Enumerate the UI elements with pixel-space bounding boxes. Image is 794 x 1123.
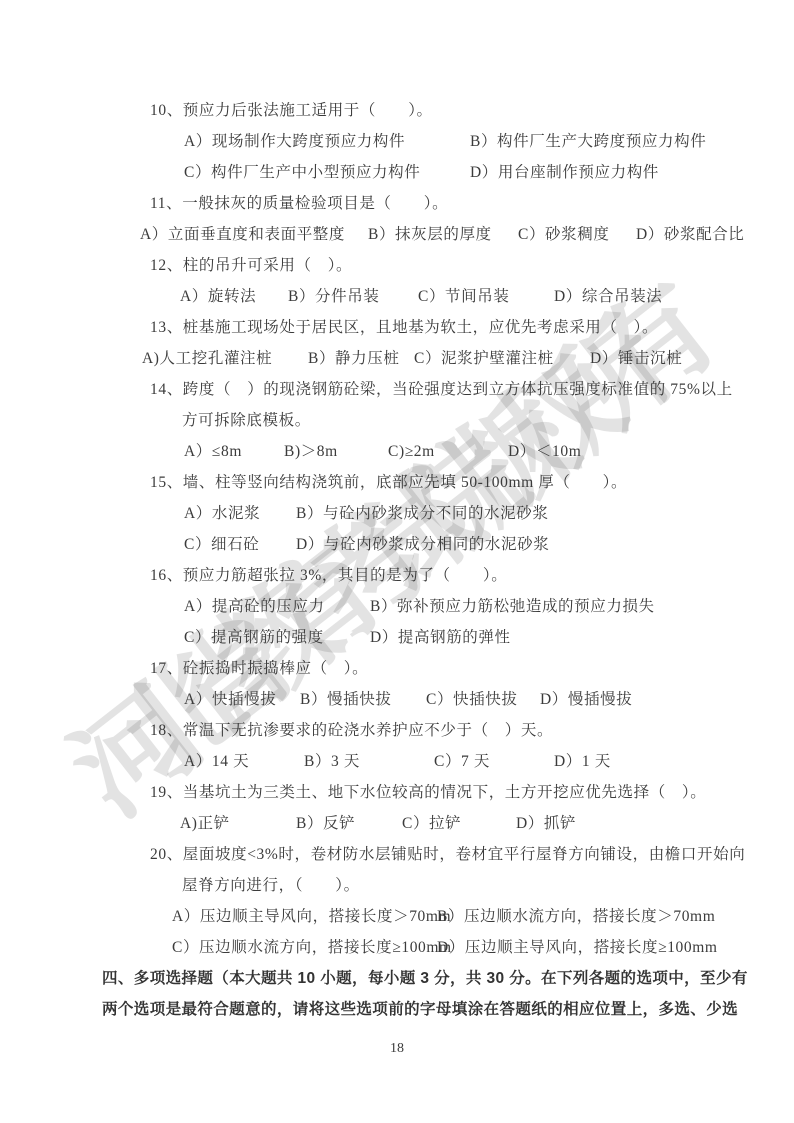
- question-option: A）压边顺主导风向，搭接长度＞70mm: [172, 901, 437, 932]
- option-row: A）压边顺主导风向，搭接长度＞70mm B）压边顺水流方向，搭接长度＞70mm: [172, 901, 794, 932]
- question-option: B）慢插快拔: [300, 684, 426, 715]
- question-option: B）与砼内砂浆成分不同的水泥砂浆: [296, 498, 794, 529]
- question-stem: 17、砼振捣时振捣棒应（ ）。: [150, 653, 794, 684]
- question-option: A）旋转法: [180, 281, 288, 312]
- question-option: D）＜10m: [508, 436, 794, 467]
- question-16: 16、预应力筋超张拉 3%，其目的是为了（ ）。 A）提高砼的压应力 B）弥补预…: [0, 560, 794, 653]
- option-row: A）快插慢拔 B）慢插快拔 C）快插快拔 D）慢插慢拔: [184, 684, 794, 715]
- question-option: A）14 天: [184, 746, 304, 777]
- question-option: A）水泥浆: [184, 498, 296, 529]
- question-option: C）细石砼: [184, 529, 296, 560]
- page-number: 18: [0, 1040, 794, 1058]
- option-row: A）立面垂直度和表面平整度 B）抹灰层的厚度 C）砂浆稠度 D）砂浆配合比: [140, 219, 794, 250]
- question-17: 17、砼振捣时振捣棒应（ ）。 A）快插慢拔 B）慢插快拔 C）快插快拔 D）慢…: [0, 653, 794, 715]
- question-10: 10、预应力后张法施工适用于（ ）。 A）现场制作大跨度预应力构件 B）构件厂生…: [0, 95, 794, 188]
- question-14: 14、跨度（ ）的现浇钢筋砼梁，当砼强度达到立方体抗压强度标准值的 75%以上 …: [0, 374, 794, 467]
- question-option: D）与砼内砂浆成分相同的水泥砂浆: [296, 529, 794, 560]
- question-option: C）压边顺水流方向，搭接长度≥100mm: [172, 932, 437, 963]
- question-option: D）抓铲: [516, 808, 794, 839]
- question-13: 13、桩基施工现场处于居民区，且地基为软土，应优先考虑采用（ ）。 A)人工挖孔…: [0, 312, 794, 374]
- question-stem: 14、跨度（ ）的现浇钢筋砼梁，当砼强度达到立方体抗压强度标准值的 75%以上: [150, 374, 794, 405]
- question-option: C）提高钢筋的强度: [184, 622, 370, 653]
- option-row: C）细石砼 D）与砼内砂浆成分相同的水泥砂浆: [184, 529, 794, 560]
- question-option: B）反铲: [296, 808, 402, 839]
- question-option: D）压边顺主导风向，搭接长度≥100mm: [437, 932, 794, 963]
- question-option: B）3 天: [304, 746, 434, 777]
- question-option: A）现场制作大跨度预应力构件: [184, 126, 470, 157]
- question-option: B）静力压桩: [308, 343, 414, 374]
- question-option: A)人工挖孔灌注桩: [142, 343, 308, 374]
- question-20: 20、屋面坡度<3%时，卷材防水层铺贴时，卷材宜平行屋脊方向铺设，由檐口开始向 …: [0, 839, 794, 963]
- question-option: A）≤8m: [184, 436, 284, 467]
- question-option: A）立面垂直度和表面平整度: [140, 219, 368, 250]
- exam-page-content: 10、预应力后张法施工适用于（ ）。 A）现场制作大跨度预应力构件 B）构件厂生…: [0, 95, 794, 1025]
- option-row: A）14 天 B）3 天 C）7 天 D）1 天: [184, 746, 794, 777]
- option-row: C）构件厂生产中小型预应力构件 D）用台座制作预应力构件: [184, 157, 794, 188]
- option-row: C）提高钢筋的强度 D）提高钢筋的弹性: [184, 622, 794, 653]
- question-option: B）分件吊装: [288, 281, 418, 312]
- question-option: B）抹灰层的厚度: [368, 219, 518, 250]
- question-option: D）砂浆配合比: [636, 219, 794, 250]
- question-stem-continued: 屋脊方向进行，（ ）。: [182, 870, 794, 901]
- question-18: 18、常温下无抗渗要求的砼浇水养护应不少于（ ）天。 A）14 天 B）3 天 …: [0, 715, 794, 777]
- question-option: D）用台座制作预应力构件: [470, 157, 794, 188]
- section-four-header: 四、多项选择题（本大题共 10 小题，每小题 3 分，共 30 分。在下列各题的…: [0, 963, 794, 1025]
- question-option: B)＞8m: [284, 436, 388, 467]
- question-option: D）提高钢筋的弹性: [370, 622, 794, 653]
- question-option: C）构件厂生产中小型预应力构件: [184, 157, 470, 188]
- question-option: A）提高砼的压应力: [184, 591, 370, 622]
- question-19: 19、当基坑土为三类土、地下水位较高的情况下，土方开挖应优先选择（ ）。 A)正…: [0, 777, 794, 839]
- question-option: D）慢插慢拔: [540, 684, 794, 715]
- question-option: C）泥浆护壁灌注桩: [414, 343, 590, 374]
- option-row: A)正铲 B）反铲 C）拉铲 D）抓铲: [180, 808, 794, 839]
- section-title-line: 四、多项选择题（本大题共 10 小题，每小题 3 分，共 30 分。在下列各题的…: [102, 963, 794, 994]
- question-option: C）拉铲: [402, 808, 516, 839]
- option-row: A）提高砼的压应力 B）弥补预应力筋松弛造成的预应力损失: [184, 591, 794, 622]
- question-11: 11、一般抹灰的质量检验项目是（ ）。 A）立面垂直度和表面平整度 B）抹灰层的…: [0, 188, 794, 250]
- question-option: B）构件厂生产大跨度预应力构件: [470, 126, 794, 157]
- option-row: A）水泥浆 B）与砼内砂浆成分不同的水泥砂浆: [184, 498, 794, 529]
- question-stem: 15、墙、柱等竖向结构浇筑前，底部应先填 50-100mm 厚（ ）。: [150, 467, 794, 498]
- question-option: C）节间吊装: [418, 281, 554, 312]
- question-stem: 11、一般抹灰的质量检验项目是（ ）。: [150, 188, 794, 219]
- question-option: B）弥补预应力筋松弛造成的预应力损失: [370, 591, 794, 622]
- question-option: D）综合吊装法: [554, 281, 794, 312]
- question-option: A)正铲: [180, 808, 296, 839]
- question-12: 12、柱的吊升可采用（ ）。 A）旋转法 B）分件吊装 C）节间吊装 D）综合吊…: [0, 250, 794, 312]
- question-option: C）快插快拔: [426, 684, 540, 715]
- question-stem: 16、预应力筋超张拉 3%，其目的是为了（ ）。: [150, 560, 794, 591]
- question-option: D）锤击沉桩: [590, 343, 794, 374]
- option-row: A)人工挖孔灌注桩 B）静力压桩 C）泥浆护壁灌注桩 D）锤击沉桩: [142, 343, 794, 374]
- question-stem: 20、屋面坡度<3%时，卷材防水层铺贴时，卷材宜平行屋脊方向铺设，由檐口开始向: [150, 839, 794, 870]
- option-row: A）≤8m B)＞8m C)≥2m D）＜10m: [184, 436, 794, 467]
- question-option: A）快插慢拔: [184, 684, 300, 715]
- question-stem: 18、常温下无抗渗要求的砼浇水养护应不少于（ ）天。: [150, 715, 794, 746]
- question-stem: 19、当基坑土为三类土、地下水位较高的情况下，土方开挖应优先选择（ ）。: [150, 777, 794, 808]
- question-stem-continued: 方可拆除底模板。: [182, 405, 794, 436]
- question-option: C）砂浆稠度: [518, 219, 636, 250]
- question-option: B）压边顺水流方向，搭接长度＞70mm: [437, 901, 794, 932]
- option-row: A）旋转法 B）分件吊装 C）节间吊装 D）综合吊装法: [180, 281, 794, 312]
- question-stem: 12、柱的吊升可采用（ ）。: [150, 250, 794, 281]
- option-row: C）压边顺水流方向，搭接长度≥100mm D）压边顺主导风向，搭接长度≥100m…: [172, 932, 794, 963]
- section-title-line: 两个选项是最符合题意的，请将这些选项前的字母填涂在答题纸的相应位置上，多选、少选: [102, 994, 794, 1025]
- option-row: A）现场制作大跨度预应力构件 B）构件厂生产大跨度预应力构件: [184, 126, 794, 157]
- question-15: 15、墙、柱等竖向结构浇筑前，底部应先填 50-100mm 厚（ ）。 A）水泥…: [0, 467, 794, 560]
- question-stem: 13、桩基施工现场处于居民区，且地基为软土，应优先考虑采用（ ）。: [150, 312, 794, 343]
- question-option: C)≥2m: [388, 436, 508, 467]
- question-option: C）7 天: [434, 746, 554, 777]
- question-stem: 10、预应力后张法施工适用于（ ）。: [150, 95, 794, 126]
- question-option: D）1 天: [554, 746, 794, 777]
